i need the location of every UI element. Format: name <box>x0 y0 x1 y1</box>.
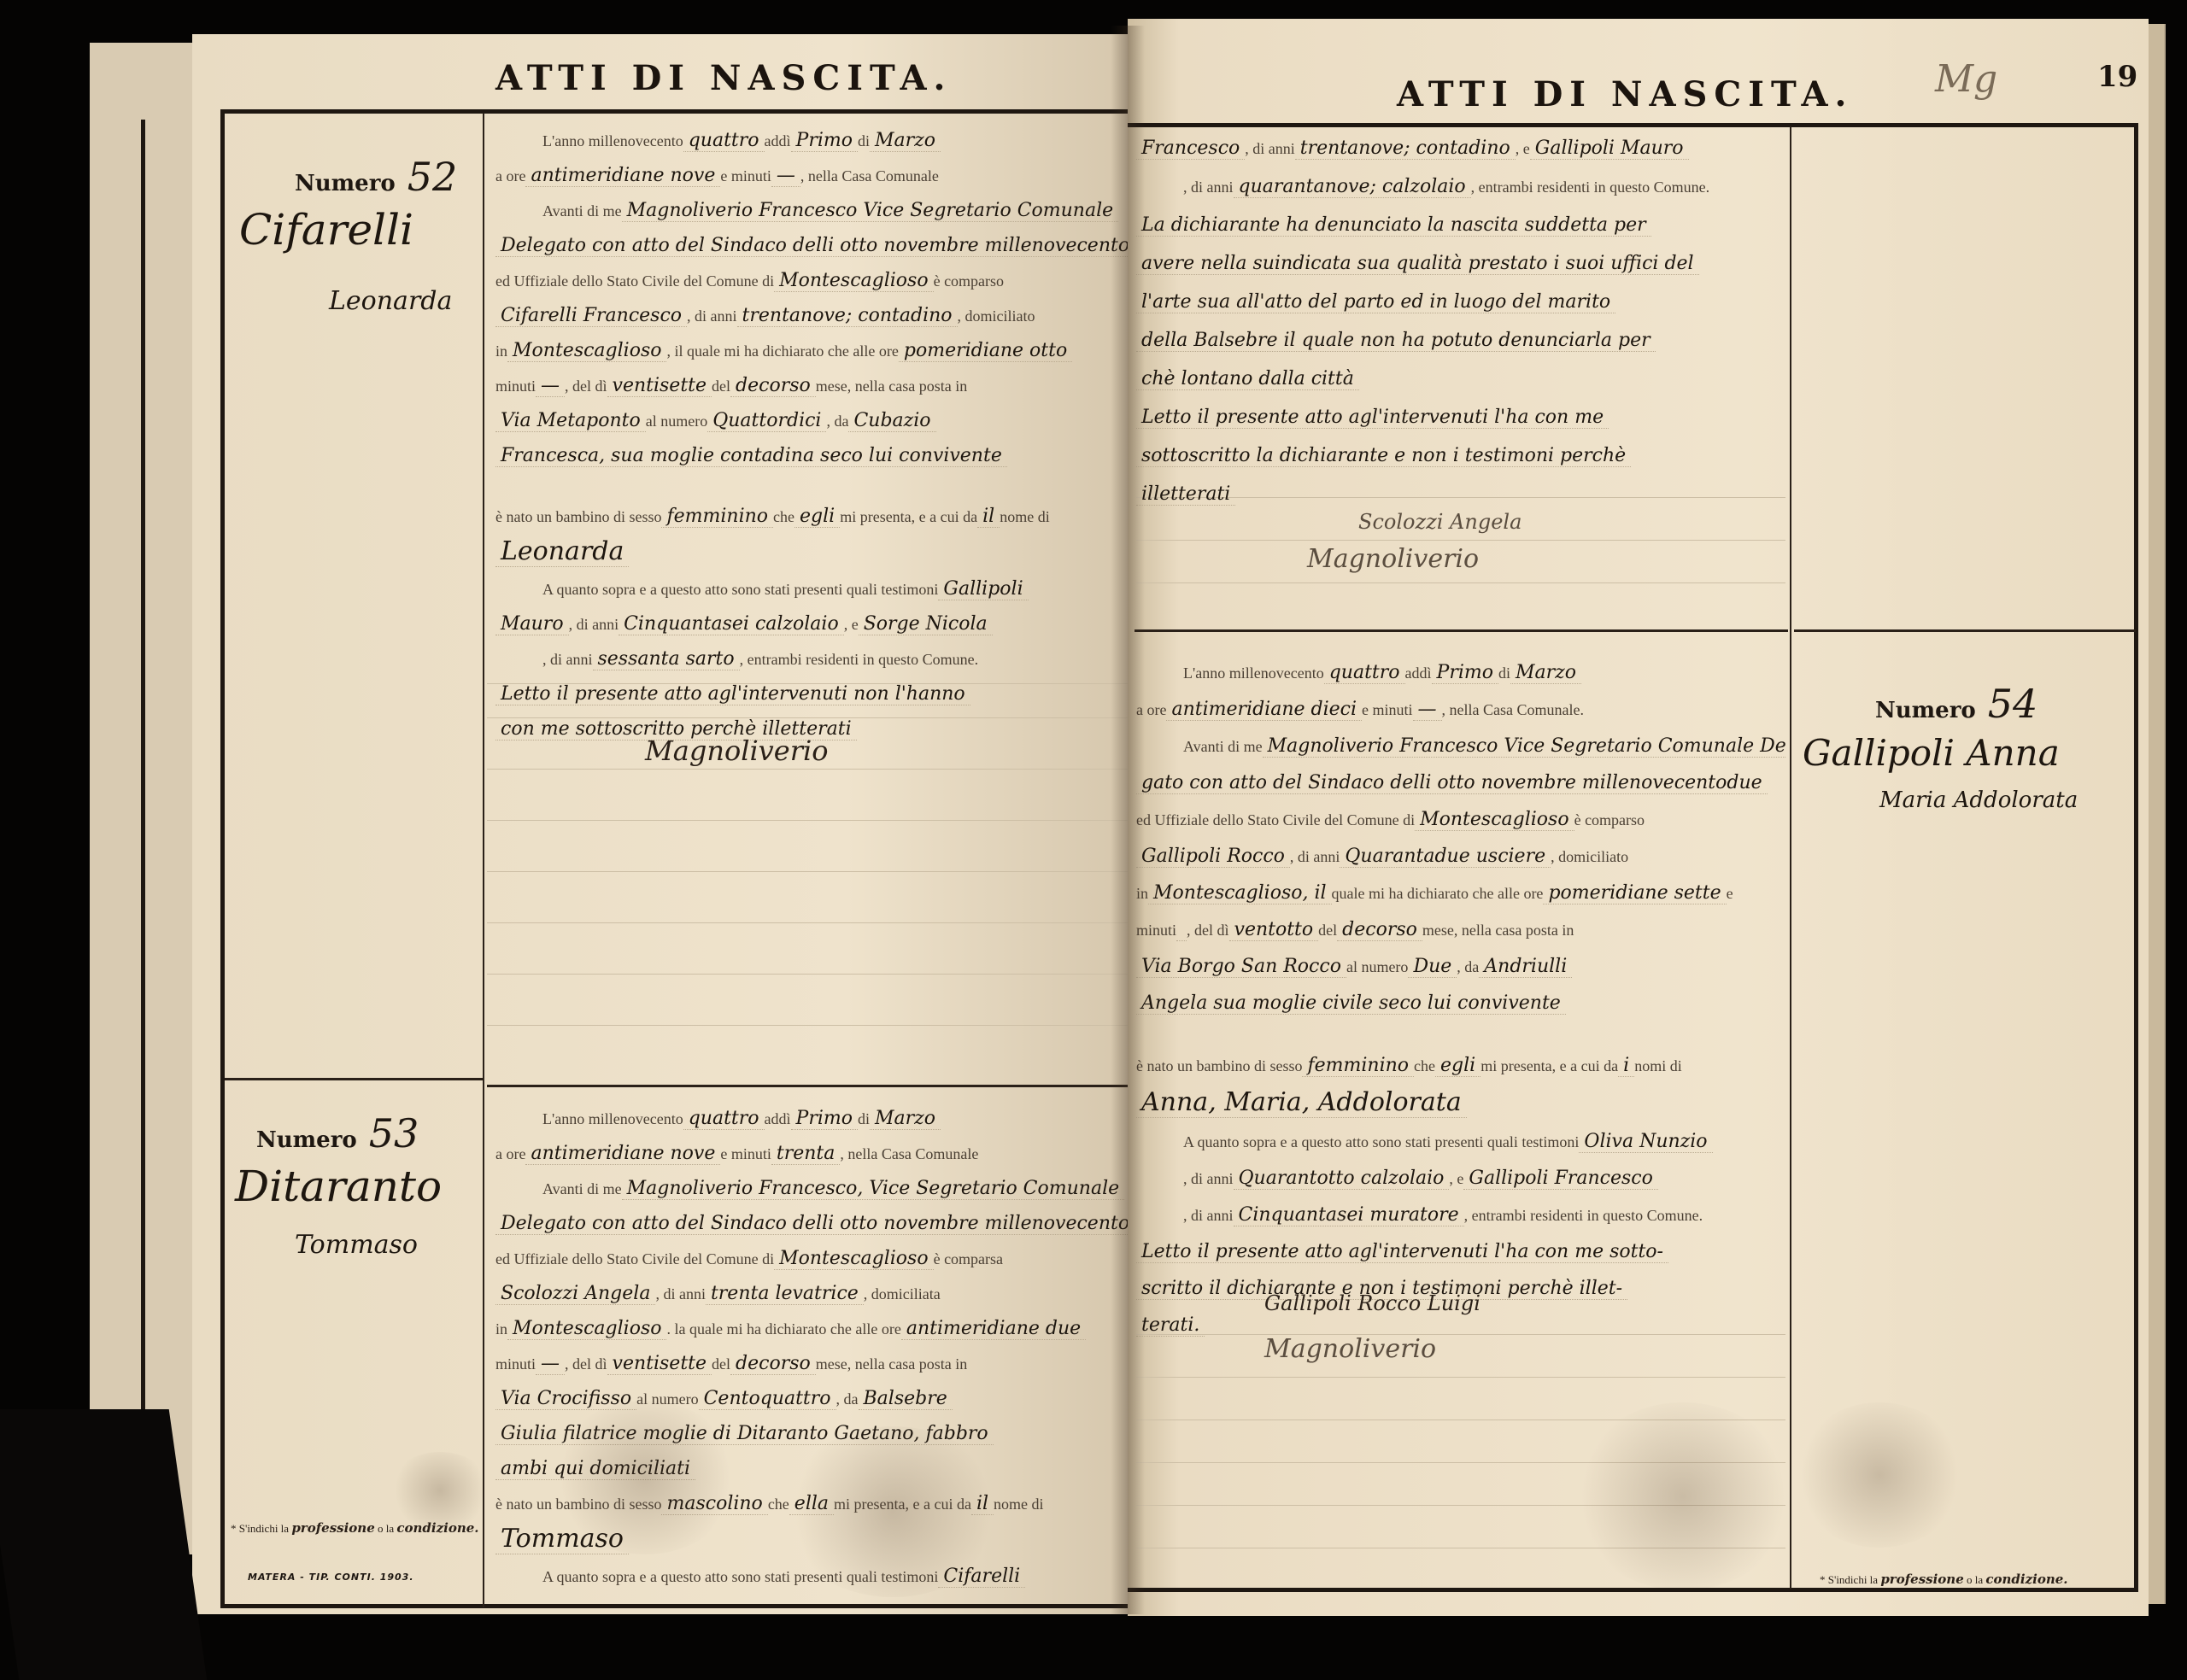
entry-line: Via Borgo San Roccoal numeroDue, daAndri… <box>1136 949 1785 986</box>
water-stain <box>1572 1402 1794 1590</box>
ruled-line <box>487 974 1128 975</box>
entry-line: inMontescaglioso, ilquale mi ha dichiara… <box>1136 875 1785 912</box>
corner-initials: Mg <box>1935 57 1997 101</box>
entry-line: a oreantimeridiane novee minuti—, nella … <box>495 159 1128 194</box>
entry-line: Letto il presente atto agl'intervenuti l… <box>1136 399 1785 437</box>
entry-line: Letto il presente atto agl'intervenuti l… <box>1136 1234 1785 1271</box>
entry-line: a oreantimeridiane diecie minuti—, nella… <box>1136 692 1785 729</box>
entry-line: La dichiarante ha denunciato la nascita … <box>1136 207 1785 245</box>
entry-line: Avanti di meMagnoliverio Francesco Vice … <box>1136 729 1785 765</box>
record-54-signature-declarant: Gallipoli Rocco Luigi <box>1264 1291 1480 1315</box>
record-divider-53-54-margin <box>1794 629 2136 632</box>
entry-line: Letto il presente atto agl'intervenuti n… <box>495 677 1128 712</box>
running-head-left: ATTI DI NASCITA. <box>495 58 952 98</box>
ruled-line <box>487 922 1128 923</box>
entry-line: Avanti di meMagnoliverio Francesco Vice … <box>495 194 1128 229</box>
entry-line: minuti—, del dìventisettedeldecorsomese,… <box>495 1347 1128 1382</box>
entry-line: ed Uffiziale dello Stato Civile del Comu… <box>1136 802 1785 839</box>
entry-line: L'anno millenovecentoquattroaddìPrimodiM… <box>495 1102 1128 1137</box>
entry-line: , di anniQuarantotto calzolaio, eGallipo… <box>1136 1161 1785 1197</box>
ruled-line <box>1136 540 1785 541</box>
entry-line: Cifarelli Francesco, di annitrentanove; … <box>495 299 1128 334</box>
entry-line: Scolozzi Angela, di annitrenta levatrice… <box>495 1277 1128 1312</box>
record-52-body: L'anno millenovecentoquattroaddìPrimodiM… <box>495 124 1128 747</box>
page-stack-left <box>90 43 201 1554</box>
ruled-line <box>487 820 1128 821</box>
entry-line: è nato un bambino di sessofemmininocheeg… <box>1136 1048 1785 1085</box>
entry-line: , di anniquarantanove; calzolaio, entram… <box>1136 168 1785 207</box>
entry-line: sottoscritto la dichiarante e non i test… <box>1136 437 1785 476</box>
record-divider-53-54 <box>1135 629 1788 632</box>
entry-line: chè lontano dalla città <box>1136 360 1785 399</box>
entry-line: L'anno millenovecentoquattroaddìPrimodiM… <box>1136 655 1785 692</box>
entry-line <box>1136 1022 1785 1048</box>
water-stain <box>551 1401 739 1554</box>
entry-line: Gallipoli Rocco, di anniQuarantadue usci… <box>1136 839 1785 875</box>
record-52-given-name: Leonarda <box>329 286 452 316</box>
record-number: 53 <box>369 1110 419 1156</box>
water-stain <box>1794 1402 1965 1548</box>
record-54-given-name: Maria Addolorata <box>1879 787 2078 813</box>
entry-line: Delegato con atto del Sindaco delli otto… <box>495 1207 1128 1242</box>
entry-line: inMontescaglioso, il quale mi ha dichiar… <box>495 334 1128 369</box>
entry-line: l'arte sua all'atto del parto ed in luog… <box>1136 284 1785 322</box>
record-divider-52-53-main <box>487 1085 1128 1087</box>
ruled-line <box>487 1025 1128 1026</box>
record-54-body: L'anno millenovecentoquattroaddìPrimodiM… <box>1136 655 1785 1344</box>
entry-line: minuti—, del dìventisettedeldecorsomese,… <box>495 369 1128 404</box>
record-54-surname: Gallipoli Anna <box>1803 732 2060 774</box>
entry-line: ed Uffiziale dello Stato Civile del Comu… <box>495 264 1128 299</box>
record-number: 54 <box>1988 681 2038 727</box>
water-stain <box>782 1426 1004 1597</box>
right-column-divider <box>1790 126 1791 1589</box>
entry-line: gato con atto del Sindaco delli otto nov… <box>1136 765 1785 802</box>
ruled-line <box>487 871 1128 872</box>
record-54-numero: Numero54 <box>1875 681 2037 727</box>
record-divider-52-53 <box>225 1078 483 1080</box>
record-53-signature-declarant: Scolozzi Angela <box>1358 510 1522 534</box>
entry-line: Via Metapontoal numeroQuattordici, daCub… <box>495 404 1128 439</box>
footnote-left: * S'indichi la professione o la condizio… <box>231 1520 479 1536</box>
record-53-given-name: Tommaso <box>295 1230 418 1260</box>
entry-line: avere nella suindicata sua qualità prest… <box>1136 245 1785 284</box>
entry-line: è nato un bambino di sessofemmininocheeg… <box>495 500 1128 535</box>
entry-line: Via Crocifissoal numeroCentoquattro, daB… <box>495 1382 1128 1417</box>
record-53-continuation: Francesco, di annitrentanove; contadino,… <box>1136 130 1785 514</box>
entry-line: illetterati <box>1136 476 1785 514</box>
entry-line: ed Uffiziale dello Stato Civile del Comu… <box>495 1242 1128 1277</box>
record-54-signature-officer: Magnoliverio <box>1264 1334 1436 1364</box>
numero-label: Numero <box>256 1127 357 1153</box>
entry-line: , di annisessanta sarto, entrambi reside… <box>495 642 1128 677</box>
entry-line: L'anno millenovecentoquattroaddìPrimodiM… <box>495 124 1128 159</box>
left-page: ATTI DI NASCITA. Numero52 Cifarelli Leon… <box>192 34 1128 1614</box>
numero-label: Numero <box>295 171 396 196</box>
record-52-surname: Cifarelli <box>239 205 413 255</box>
entry-line: Delegato con atto del Sindaco delli otto… <box>495 229 1128 264</box>
ruled-line <box>1136 582 1785 583</box>
entry-line: Francesca, sua moglie contadina seco lui… <box>495 439 1128 474</box>
entry-line: della Balsebre il quale non ha potuto de… <box>1136 322 1785 360</box>
record-52-numero: Numero52 <box>295 154 457 200</box>
entry-line: inMontescaglioso. la quale mi ha dichiar… <box>495 1312 1128 1347</box>
entry-line: Mauro, di anniCinquantasei calzolaio, eS… <box>495 607 1128 642</box>
printer-imprint: MATERA - TIP. CONTI. 1903. <box>248 1572 414 1583</box>
entry-line: Angela sua moglie civile seco lui conviv… <box>1136 986 1785 1022</box>
record-52-signature-officer: Magnoliverio <box>645 735 828 767</box>
entry-line: Francesco, di annitrentanove; contadino,… <box>1136 130 1785 168</box>
entry-line: , di anniCinquantasei muratore, entrambi… <box>1136 1197 1785 1234</box>
entry-line: Anna, Maria, Addolorata <box>1136 1085 1785 1124</box>
entry-line: minuti, del dìventottodeldecorsomese, ne… <box>1136 912 1785 949</box>
entry-line <box>495 474 1128 500</box>
right-page: ATTI DI NASCITA. Mg 19 Francesco, di ann… <box>1128 19 2149 1616</box>
water-stain <box>389 1452 491 1529</box>
book-gutter <box>1111 26 1145 1614</box>
record-53-surname: Ditaranto <box>235 1162 442 1211</box>
numero-label: Numero <box>1875 698 1976 723</box>
entry-line: A quanto sopra e a questo atto sono stat… <box>1136 1124 1785 1161</box>
ruled-line <box>487 769 1128 770</box>
running-head-right: ATTI DI NASCITA. <box>1397 74 1853 114</box>
footnote-right: * S'indichi la professione o la condizio… <box>1820 1572 2068 1587</box>
record-53-numero: Numero53 <box>256 1110 419 1156</box>
left-column-divider <box>483 113 484 1607</box>
ruled-line <box>1136 1377 1785 1378</box>
page-number: 19 <box>2097 60 2137 94</box>
entry-line: a oreantimeridiane novee minutitrenta, n… <box>495 1137 1128 1172</box>
record-number: 52 <box>407 154 458 200</box>
entry-line: Avanti di meMagnoliverio Francesco, Vice… <box>495 1172 1128 1207</box>
entry-line: A quanto sopra e a questo atto sono stat… <box>495 572 1128 607</box>
record-53-signature-officer: Magnoliverio <box>1307 544 1479 574</box>
stack-border-line <box>141 120 145 1418</box>
entry-line: Leonarda <box>495 535 1128 572</box>
